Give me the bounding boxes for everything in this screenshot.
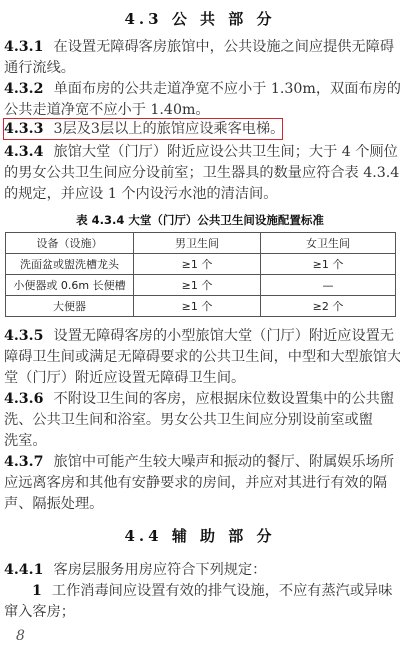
table-row: 小便器或 0.6m 长便槽 ≥1 个 — (6, 275, 396, 296)
table-caption: 表 4.3.4 大堂（门厅）公共卫生间设施配置标准 (0, 212, 400, 228)
table-cell: ≥1 个 (134, 275, 261, 296)
clause-text: 设置无障碍客房的小型旅馆大堂（门厅）附近应设置无 (54, 328, 395, 344)
table-row: 大便器 ≥1 个 ≥2 个 (6, 296, 396, 317)
clause-text: 客房层服务用房应符合下列规定： (54, 562, 267, 578)
table-cell: ≥1 个 (134, 296, 261, 317)
clause-number: 4.3.5 (4, 328, 44, 344)
clause-text: 在设置无障碍客房旅馆中，公共设施之间应提供无障碍 (54, 39, 395, 55)
clause-number: 4.3.4 (4, 144, 44, 160)
clause-text: 旅馆中可能产生较大噪声和振动的餐厅、附属娱乐场所 (54, 454, 395, 470)
clause-4-3-1: 4.3.1在设置无障碍客房旅馆中，公共设施之间应提供无障碍 (4, 37, 394, 57)
clause-4-3-4-cont: 的男女公共卫生间应分设前室；卫生器具的数量应符合表 4.3.4 (4, 163, 399, 183)
clause-4-3-6-cont: 洗、公共卫生间和浴室。男女公共卫生间应分别设前室或盥 (4, 410, 373, 430)
section-heading-4-4: 4.4 辅 助 部 分 (0, 525, 400, 546)
table-header: 男卫生间 (134, 233, 261, 254)
table-cell: 洗面盆或盥洗槽龙头 (6, 254, 134, 275)
clause-4-3-7-cont: 声、隔振处理。 (4, 494, 103, 514)
clause-4-4-1-item-1-cont: 窜入客房； (4, 602, 75, 622)
table-header: 设备（设施） (6, 233, 134, 254)
clause-4-3-4: 4.3.4旅馆大堂（门厅）附近应设公共卫生间；大于 4 个厕位 (4, 142, 398, 162)
table-header-row: 设备（设施） 男卫生间 女卫生间 (6, 233, 396, 254)
clause-4-3-1-cont: 通行流线。 (4, 58, 75, 78)
clause-text: 不附设卫生间的客房，应根据床位数设置集中的公共盥 (54, 391, 395, 407)
clause-4-3-5-cont: 障碍卫生间或满足无障碍要求的公共卫生间，中型和大型旅馆大 (4, 347, 400, 367)
clause-4-3-2-cont: 公共走道净宽不应小于 1.40m。 (4, 100, 210, 120)
table-cell: ≥1 个 (134, 254, 261, 275)
clause-4-3-3: 4.3.33层及3层以上的旅馆应设乘客电梯。 (4, 119, 284, 139)
clause-text: 旅馆大堂（门厅）附近应设公共卫生间；大于 4 个厕位 (54, 144, 398, 160)
clause-4-3-5: 4.3.5设置无障碍客房的小型旅馆大堂（门厅）附近应设置无 (4, 326, 394, 346)
clause-4-3-2: 4.3.2单面布房的公共走道净宽不应小于 1.30m，双面布房的 (4, 79, 400, 99)
page-number: 8 (16, 628, 25, 644)
clause-text: 单面布房的公共走道净宽不应小于 1.30m，双面布房的 (54, 81, 400, 97)
facility-table: 设备（设施） 男卫生间 女卫生间 洗面盆或盥洗槽龙头 ≥1 个 ≥1 个 小便器… (5, 232, 396, 317)
clause-4-4-1-item-1: 1工作消毒间应设置有效的排气设施，不应有蒸汽或异味 (32, 581, 392, 601)
clause-number: 4.3.2 (4, 81, 44, 97)
clause-text: 3层及3层以上的旅馆应设乘客电梯。 (54, 121, 285, 137)
table-cell: 大便器 (6, 296, 134, 317)
item-number: 1 (32, 583, 42, 599)
table-header: 女卫生间 (261, 233, 396, 254)
clause-4-3-7: 4.3.7旅馆中可能产生较大噪声和振动的餐厅、附属娱乐场所 (4, 452, 394, 472)
table-cell: ≥2 个 (261, 296, 396, 317)
clause-number: 4.3.6 (4, 391, 44, 407)
table-row: 洗面盆或盥洗槽龙头 ≥1 个 ≥1 个 (6, 254, 396, 275)
clause-text: 工作消毒间应设置有效的排气设施，不应有蒸汽或异味 (52, 583, 393, 599)
clause-4-3-4-cont: 的规定，并应设 1 个内设污水池的清洁间。 (4, 184, 277, 204)
table-cell: — (261, 275, 396, 296)
clause-4-3-6: 4.3.6不附设卫生间的客房，应根据床位数设置集中的公共盥 (4, 389, 394, 409)
section-heading-4-3: 4.3 公 共 部 分 (0, 8, 400, 29)
clause-number: 4.3.7 (4, 454, 44, 470)
clause-4-3-6-cont: 洗室。 (4, 431, 47, 451)
clause-4-4-1: 4.4.1客房层服务用房应符合下列规定： (4, 560, 266, 580)
clause-number: 4.3.1 (4, 39, 44, 55)
table-cell: 小便器或 0.6m 长便槽 (6, 275, 134, 296)
clause-number: 4.4.1 (4, 562, 44, 578)
clause-4-3-5-cont: 堂（门厅）附近应设置无障碍卫生间。 (4, 368, 245, 388)
clause-4-3-7-cont: 应远离客房和其他有安静要求的房间，并应对其进行有效的隔 (4, 473, 387, 493)
clause-number: 4.3.3 (4, 121, 44, 137)
table-cell: ≥1 个 (261, 254, 396, 275)
